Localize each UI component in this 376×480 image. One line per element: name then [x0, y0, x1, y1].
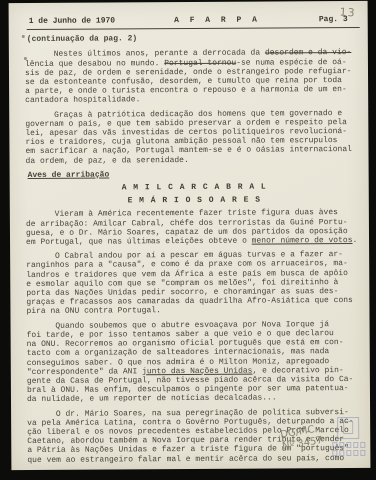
document-header: 1 de Junho de 1970 A F A R P A Pag. 3: [25, 15, 362, 26]
paragraph-1: Nestes últimos anos, perante a derrocada…: [25, 48, 362, 105]
continuation-note: (continuação da pag. 2): [27, 33, 362, 44]
struck-text: desordem e da vio-: [265, 48, 351, 58]
header-rule: [27, 27, 360, 30]
paragraph-3: Vieram à América recentemente fazer tris…: [26, 208, 363, 247]
masthead-title: A F A R P A: [174, 16, 260, 26]
underlined-text: junto das Nações Unidas: [142, 366, 252, 376]
page-number-label: Pag. 3: [319, 15, 348, 24]
scan-background: 13 1 de Junho de 1970 A F A R P A Pag. 3…: [0, 0, 376, 480]
paragraph-2: Graças à patriótica dedicação dos homens…: [25, 109, 362, 166]
paragraph-4: O Cabral andou por aí a pescar em águas …: [26, 250, 363, 316]
text-run: O Cabral andou por aí a pescar em águas …: [26, 250, 353, 316]
archive-stamp-icon: [331, 417, 365, 456]
section-heading: Aves de arribação: [28, 169, 363, 180]
text-run: .: [352, 236, 357, 245]
document-page: 13 1 de Junho de 1970 A F A R P A Pag. 3…: [9, 1, 371, 470]
text-run: Graças à patriótica dedicação dos homens…: [25, 109, 352, 166]
title-mario-soares: E M Á R I O S O A R E S: [26, 195, 363, 206]
header-date: 1 de Junho de 1970: [29, 16, 115, 26]
section-heading-label: Aves de arribação: [28, 170, 110, 179]
typewritten-content: 1 de Junho de 1970 A F A R P A Pag. 3 (c…: [9, 1, 371, 465]
title-amilcar-cabral: A M I L C A R C A B R A L: [26, 182, 363, 193]
paragraph-5: Quando soubemos que o abutre esvoaçava p…: [27, 320, 364, 405]
underlined-text: menor número de votos: [252, 236, 353, 246]
struck-text: Portugal tornou: [164, 58, 236, 67]
